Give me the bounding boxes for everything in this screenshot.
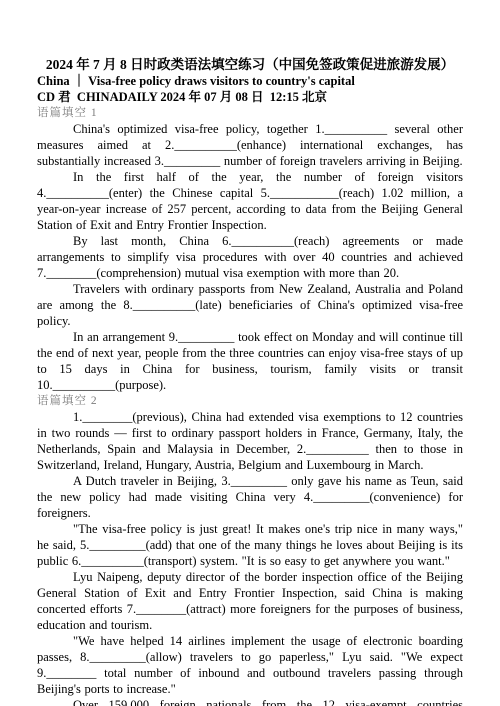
article-byline: CD 君 CHINADAILY 2024 年 07 月 08 日 12:15 北… xyxy=(37,89,463,105)
section-label-1: 语篇填空 1 xyxy=(37,105,463,121)
section2-paragraph-3: "The visa-free policy is just great! It … xyxy=(37,521,463,569)
section2-paragraph-1: 1.________(previous), China had extended… xyxy=(37,409,463,473)
document-page: 2024 年 7 月 8 日时政类语法填空练习（中国免签政策促进旅游发展） Ch… xyxy=(0,0,500,706)
section2-paragraph-6: Over 159,000 foreign nationals from the … xyxy=(37,697,463,706)
section1-paragraph-1: China's optimized visa-free policy, toge… xyxy=(37,121,463,169)
section1-paragraph-5: In an arrangement 9._________ took effec… xyxy=(37,329,463,393)
article-headline: China ｜ Visa-free policy draws visitors … xyxy=(37,73,463,89)
section2-paragraph-5: "We have helped 14 airlines implement th… xyxy=(37,633,463,697)
section1-paragraph-2: In the first half of the year, the numbe… xyxy=(37,169,463,233)
section1-paragraph-4: Travelers with ordinary passports from N… xyxy=(37,281,463,329)
section2-paragraph-2: A Dutch traveler in Beijing, 3._________… xyxy=(37,473,463,521)
section-label-2: 语篇填空 2 xyxy=(37,393,463,409)
section2-paragraph-4: Lyu Naipeng, deputy director of the bord… xyxy=(37,569,463,633)
document-title: 2024 年 7 月 8 日时政类语法填空练习（中国免签政策促进旅游发展） xyxy=(37,57,463,73)
section1-paragraph-3: By last month, China 6.__________(reach)… xyxy=(37,233,463,281)
